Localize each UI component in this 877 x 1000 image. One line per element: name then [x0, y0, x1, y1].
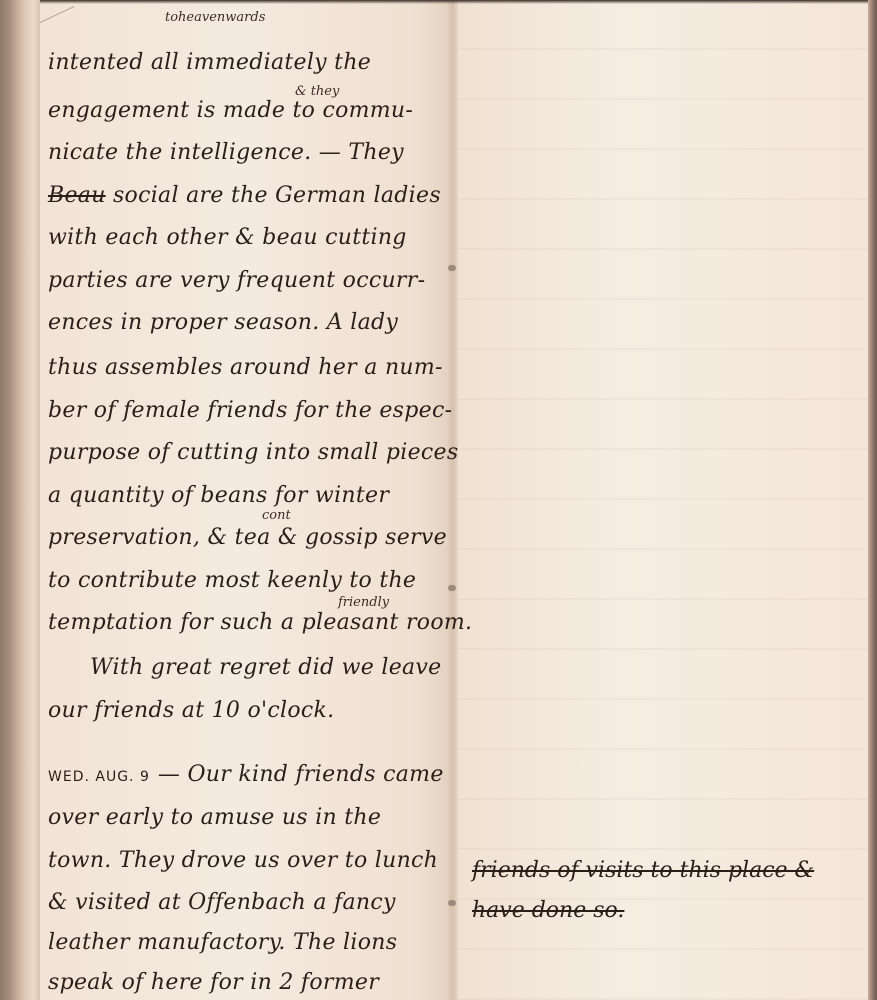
book-gutter — [448, 0, 458, 1000]
handwritten-line: with each other & beau cutting — [48, 225, 407, 250]
handwritten-line: nicate the intelligence. — They — [48, 140, 404, 165]
handwritten-line: ences in proper season. A lady — [48, 310, 398, 335]
handwritten-line: speak of here for in 2 former — [48, 970, 379, 995]
handwritten-line: over early to amuse us in the — [48, 805, 381, 830]
handwritten-line: to contribute most keenly to the — [48, 568, 416, 593]
struck-word: Beau — [48, 183, 106, 208]
handwritten-line: our friends at 10 o'clock. — [48, 698, 334, 723]
line-text: — Our kind friends came — [158, 762, 444, 787]
handwritten-line: ber of female friends for the espec- — [48, 398, 452, 423]
handwritten-line: leather manufactory. The lions — [48, 930, 397, 955]
line-text: social are the German ladies — [113, 183, 441, 208]
struck-line: have done so. — [472, 898, 624, 923]
handwritten-line: purpose of cutting into small pieces — [48, 440, 458, 465]
right-page-edge — [868, 0, 877, 1000]
handwritten-line: a quantity of beans for winter — [48, 483, 389, 508]
handwritten-line: intented all immediately the — [48, 50, 371, 75]
interlinear-insertion: cont — [262, 508, 291, 523]
right-page — [458, 0, 868, 1000]
handwritten-line: town. They drove us over to lunch — [48, 848, 438, 873]
handwritten-line: engagement is made to commu- — [48, 98, 413, 123]
handwritten-line: preservation, & tea & gossip serve — [48, 525, 447, 550]
top-shadow — [40, 0, 868, 4]
page-edges — [24, 0, 41, 1000]
handwritten-line: Beau social are the German ladies — [48, 183, 441, 208]
interlinear-insertion: toheavenwards — [165, 10, 265, 25]
struck-line: friends of visits to this place & — [472, 858, 814, 883]
handwritten-line: With great regret did we leave — [90, 655, 441, 680]
interlinear-insertion: friendly — [338, 595, 389, 610]
book-spine — [0, 0, 24, 1000]
handwritten-line: thus assembles around her a num- — [48, 355, 443, 380]
binding-stitch — [448, 265, 456, 271]
diary-entry-heading: WED. AUG. 9— Our kind friends came — [48, 762, 444, 787]
entry-date: WED. AUG. 9 — [48, 769, 150, 785]
interlinear-insertion: & they — [295, 84, 339, 99]
binding-stitch — [448, 900, 456, 906]
handwritten-line: temptation for such a pleasant room. — [48, 610, 472, 635]
handwritten-line: parties are very frequent occurr- — [48, 268, 425, 293]
handwritten-line: & visited at Offenbach a fancy — [48, 890, 396, 915]
binding-stitch — [448, 585, 456, 591]
